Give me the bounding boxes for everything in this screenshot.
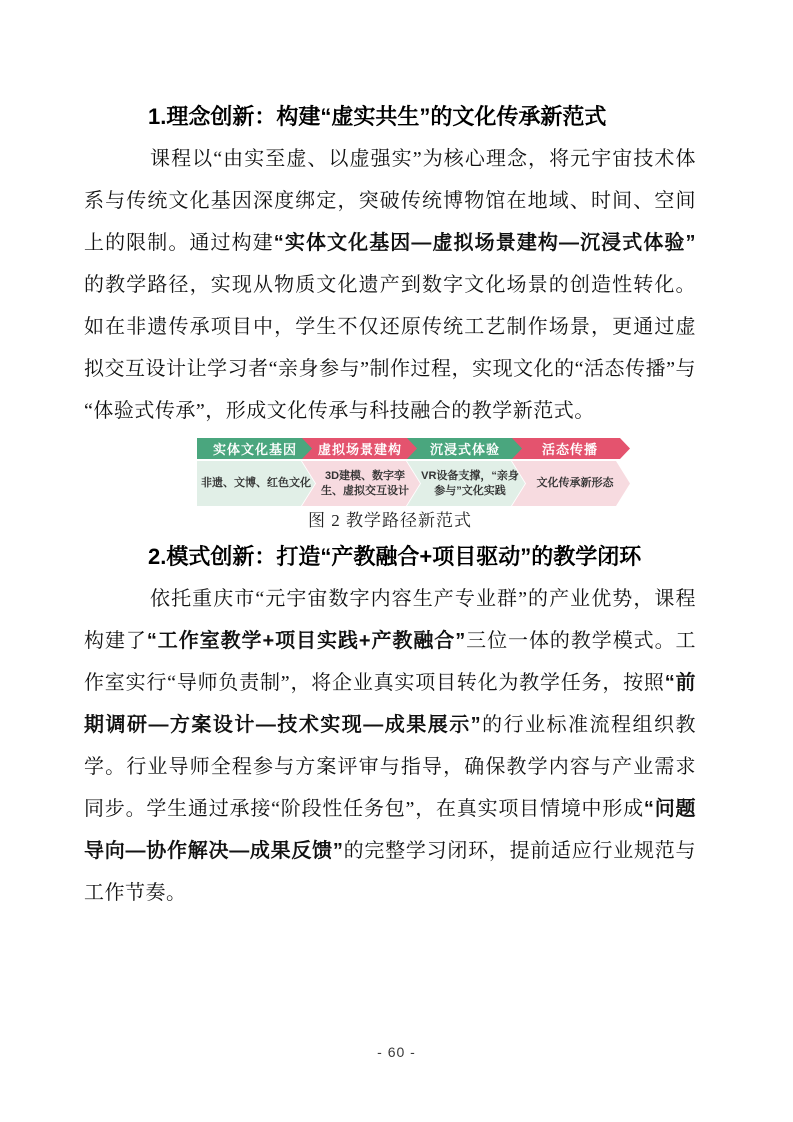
chevron-step-4-desc: 文化传承新形态 [512, 461, 630, 506]
figure-teaching-path: 实体文化基因 非遗、文博、红色文化 虚拟场景建构 3D建模、数字孪生、虚拟交互设… [84, 438, 696, 536]
page-number: - 60 - [0, 1044, 793, 1060]
figure-caption: 图 2 教学路径新范式 [84, 506, 696, 536]
section-2-heading: 2.模式创新：打造“产教融合+项目驱动”的教学闭环 [84, 536, 696, 578]
chevron-step-3-desc: VR设备支撑，“亲身参与”文化实践 [407, 461, 525, 506]
chevron-step-3-title: 沉浸式体验 [407, 438, 525, 459]
chevron-step-1-desc: 非遗、文博、红色文化 [197, 461, 315, 506]
chevron-step-1-title: 实体文化基因 [197, 438, 315, 459]
chevron-step-3: 沉浸式体验 VR设备支撑，“亲身参与”文化实践 [407, 438, 525, 506]
document-content: 1.理念创新：构建“虚实共生”的文化传承新范式 课程以“由实至虚、以虚强实”为核… [84, 96, 696, 914]
text-run: “实体文化基因—虚拟场景建构—沉浸式体验” [274, 232, 696, 254]
text-run: “工作室教学+项目实践+产教融合” [147, 630, 466, 652]
chevron-step-4: 活态传播 文化传承新形态 [512, 438, 630, 506]
chevron-step-1: 实体文化基因 非遗、文博、红色文化 [197, 438, 315, 506]
chevron-step-4-title: 活态传播 [512, 438, 630, 459]
chevron-step-2-desc: 3D建模、数字孪生、虚拟交互设计 [302, 461, 420, 506]
section-2-paragraph: 依托重庆市“元宇宙数字内容生产专业群”的产业优势，课程构建了“工作室教学+项目实… [84, 578, 696, 914]
section-1-paragraph: 课程以“由实至虚、以虚强实”为核心理念，将元宇宙技术体系与传统文化基因深度绑定，… [84, 138, 696, 432]
chevron-step-2: 虚拟场景建构 3D建模、数字孪生、虚拟交互设计 [302, 438, 420, 506]
chevron-process-diagram: 实体文化基因 非遗、文博、红色文化 虚拟场景建构 3D建模、数字孪生、虚拟交互设… [197, 438, 630, 506]
chevron-step-2-title: 虚拟场景建构 [302, 438, 420, 459]
text-run: 的教学路径，实现从物质文化遗产到数字文化场景的创造性转化。如在非遗传承项目中，学… [84, 274, 696, 422]
section-1-heading: 1.理念创新：构建“虚实共生”的文化传承新范式 [84, 96, 696, 138]
